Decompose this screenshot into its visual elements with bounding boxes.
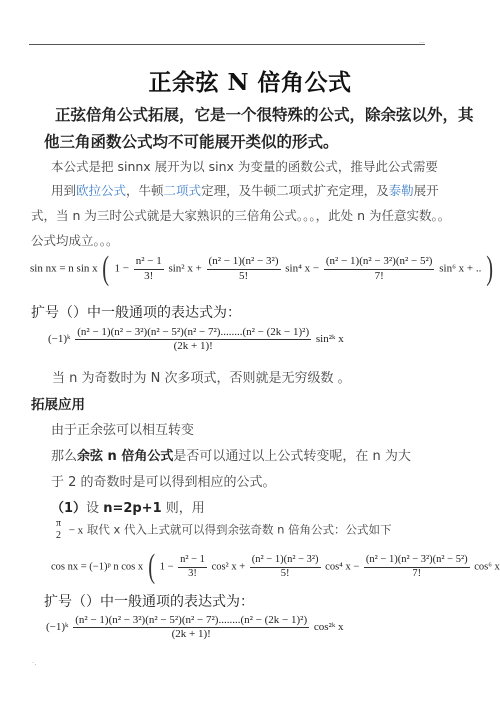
sign-factor: (−1)ᵏ <box>48 333 71 345</box>
pi-over-two: π2 <box>54 518 63 542</box>
step-text: 设 <box>86 501 103 516</box>
fraction: (n² − 1)(n² − 3²)5! <box>250 554 321 580</box>
step-text: 则，用 <box>162 501 205 516</box>
substitution-line: π2 − x 取代 x 代入上式就可以得到余弦奇数 n 倍角公式：公式如下 <box>52 518 392 542</box>
fraction: (n² − 1)(n² − 3²)(n² − 5²)7! <box>324 255 435 282</box>
header-rule-mark: ... <box>419 38 425 45</box>
step-bold: n=2p+1 <box>103 501 161 516</box>
numerator: (n² − 1)(n² − 3²) <box>207 255 281 269</box>
right-paren: ) <box>486 252 493 286</box>
formula-term: cos⁴ x − <box>325 561 359 572</box>
denominator: 3! <box>144 270 153 283</box>
section-heading: 拓展应用 <box>31 393 85 413</box>
formula-lhs: cos nx = (−1)ᵖ n cos x <box>51 561 143 572</box>
denominator: 2 <box>56 530 61 542</box>
formula-term: sin⁴ x − <box>285 263 319 275</box>
section-line-1: 由于正余弦可以相互转变 <box>51 419 194 438</box>
formula-term: 1 − <box>114 263 128 275</box>
general-term-label: 扩号（）中一般通项的表达式为： <box>31 302 241 322</box>
denominator: 5! <box>239 270 248 283</box>
page-title: 正余弦 N 倍角公式 <box>0 64 500 97</box>
substitution-text: 取代 x 代入上式就可以得到余弦奇数 n 倍角公式：公式如下 <box>87 523 392 537</box>
formula-term: sin⁶ x + .. <box>439 263 481 275</box>
general-term-label: 扩号（）中一般通项的表达式为： <box>44 591 254 611</box>
intro-line-2: 他三角函数公式均不可能展开类似的形式。 <box>44 130 339 152</box>
explanation-text: 展开 <box>414 183 439 198</box>
denominator: 3! <box>188 568 197 581</box>
denominator: 7! <box>375 270 384 283</box>
fraction: n² − 13! <box>134 255 164 282</box>
explanation-line-4: 公式均成立。。。 <box>31 231 119 249</box>
numerator: n² − 1 <box>134 255 164 269</box>
cos-general-term-formula: (−1)ᵏ (n² − 1)(n² − 3²)(n² − 5²)(n² − 7²… <box>46 614 344 641</box>
section-bold-text: 余弦 n 倍角公式 <box>77 449 173 464</box>
intro-line-1: 正弦倍角公式拓展，它是一个很特殊的公式，除余弦以外，其 <box>55 103 474 125</box>
cos-n-angle-formula: cos nx = (−1)ᵖ n cos x ( 1 − n² − 13! co… <box>51 550 500 584</box>
fraction: (n² − 1)(n² − 3²)(n² − 5²)(n² − 7²).....… <box>73 614 309 641</box>
link-binomial[interactable]: 二项式 <box>164 183 202 198</box>
formula-term: 1 − <box>160 561 174 572</box>
fraction: (n² − 1)(n² − 3²)(n² − 5²)7! <box>364 554 470 580</box>
fraction: (n² − 1)(n² − 3²)(n² − 5²)(n² − 7²).....… <box>75 326 311 353</box>
formula-term: − x <box>69 525 83 537</box>
explanation-line-1: 本公式是把 sinnx 展开为以 sinx 为变量的函数公式，推导此公式需要 <box>51 157 438 175</box>
numerator: π <box>54 518 63 530</box>
denominator: 7! <box>412 568 421 581</box>
parity-note: 当 n 为奇数时为 N 次多项式，否则就是无穷级数 。 <box>52 367 351 386</box>
explanation-line-3: 式，当 n 为三时公式就是大家熟识的三倍角公式。。。，此处 n 为任意实数。。 <box>31 206 450 224</box>
formula-term: sin²ᵏ x <box>316 333 344 345</box>
numerator: (n² − 1)(n² − 3²)(n² − 5²)(n² − 7²).....… <box>73 614 309 628</box>
numerator: n² − 1 <box>178 554 207 568</box>
explanation-text: ，牛顿 <box>126 183 164 198</box>
section-line-2: 那么余弦 n 倍角公式是否可以通过以上公式转变呢，在 n 为大 <box>51 445 411 464</box>
formula-term: cos² x + <box>212 561 246 572</box>
explanation-line-2: 用到欧拉公式，牛顿二项式定理，及牛顿二项式扩充定理，及泰勒展开 <box>51 181 439 199</box>
sin-general-term-formula: (−1)ᵏ (n² − 1)(n² − 3²)(n² − 5²)(n² − 7²… <box>48 326 344 353</box>
section-text: 是否可以通过以上公式转变呢，在 n 为大 <box>173 449 411 464</box>
footer-mark: ·. <box>32 659 36 667</box>
header-rule <box>29 44 425 45</box>
sin-n-angle-formula: sin nx = n sin x ( 1 − n² − 13! sin² x +… <box>30 252 495 286</box>
fraction: n² − 13! <box>178 554 207 580</box>
explanation-text: 用到 <box>51 183 76 198</box>
left-paren: ( <box>148 550 155 584</box>
numerator: (n² − 1)(n² − 3²) <box>250 554 321 568</box>
denominator: (2k + 1)! <box>174 340 213 353</box>
link-taylor[interactable]: 泰勒 <box>389 183 414 198</box>
step-1: （1）设 n=2p+1 则，用 <box>51 497 205 516</box>
denominator: (2k + 1)! <box>172 628 211 641</box>
step-label: （1） <box>51 501 86 516</box>
fraction: (n² − 1)(n² − 3²)5! <box>207 255 281 282</box>
numerator: (n² − 1)(n² − 3²)(n² − 5²) <box>324 255 435 269</box>
numerator: (n² − 1)(n² − 3²)(n² − 5²)(n² − 7²).....… <box>75 326 311 340</box>
formula-term: cos²ᵏ x <box>314 621 344 633</box>
formula-lhs: sin nx = n sin x <box>30 263 98 275</box>
section-line-3: 于 2 的奇数时是可以得到相应的公式。 <box>51 471 276 490</box>
denominator: 5! <box>281 568 290 581</box>
section-text: 那么 <box>51 449 77 464</box>
link-euler-formula[interactable]: 欧拉公式 <box>76 183 126 198</box>
explanation-text: 定理，及牛顿二项式扩充定理，及 <box>201 183 389 198</box>
numerator: (n² − 1)(n² − 3²)(n² − 5²) <box>364 554 470 568</box>
sign-factor: (−1)ᵏ <box>46 621 69 633</box>
formula-term: sin² x + <box>168 263 201 275</box>
left-paren: ( <box>103 252 110 286</box>
formula-term: cos⁶ x + ... <box>474 561 500 572</box>
